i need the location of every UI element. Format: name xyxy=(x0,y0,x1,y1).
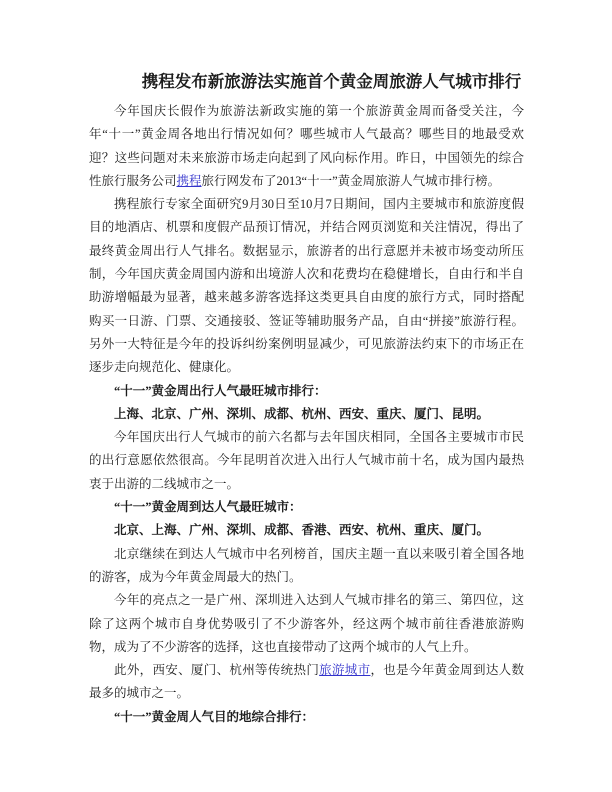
paragraph-intro-text-after-link: 旅行网发布了2013“十一”黄金周旅游人气城市排行榜。 xyxy=(202,174,501,188)
paragraph-guangzhou-shenzhen: 今年的亮点之一是广州、深圳进入达到人气城市排名的第三、第四位，这除了这两个城市自… xyxy=(89,589,524,659)
tourism-cities-link[interactable]: 旅游城市 xyxy=(319,663,370,677)
paragraph-departure-analysis: 今年国庆出行人气城市的前六名都与去年国庆相同，全国各主要城市市民的出行意愿依然很… xyxy=(89,426,524,496)
heading-comprehensive-ranking: “十一”黄金周人气目的地综合排行： xyxy=(89,706,524,729)
arrival-city-list: 北京、上海、广州、深圳、成都、香港、西安、杭州、重庆、厦门。 xyxy=(89,519,524,542)
ctrip-link[interactable]: 携程 xyxy=(177,174,202,188)
departure-city-list: 上海、北京、广州、深圳、成都、杭州、西安、重庆、厦门、昆明。 xyxy=(89,403,524,426)
document-title: 携程发布新旅游法实施首个黄金周旅游人气城市排行 xyxy=(89,70,524,94)
paragraph-traditional-cities: 此外，西安、厦门、杭州等传统热门旅游城市，也是今年黄金周到达人数最多的城市之一。 xyxy=(89,659,524,706)
paragraph-beijing-top: 北京继续在到达人气城市中名列榜首，国庆主题一直以来吸引着全国各地的游客，成为今年… xyxy=(89,543,524,590)
paragraph-traditional-text-before-link: 此外，西安、厦门、杭州等传统热门 xyxy=(114,663,319,677)
document-page: 携程发布新旅游法实施首个黄金周旅游人气城市排行 今年国庆长假作为旅游法新政实施的… xyxy=(0,0,612,792)
heading-arrival-ranking: “十一”黄金周到达人气最旺城市： xyxy=(89,496,524,519)
paragraph-research: 携程旅行专家全面研究9月30日至10月7日期间，国内主要城市和旅游度假目的地酒店… xyxy=(89,193,524,379)
heading-departure-ranking: “十一”黄金周出行人气最旺城市排行： xyxy=(89,380,524,403)
paragraph-intro: 今年国庆长假作为旅游法新政实施的第一个旅游黄金周而备受关注，今年“十一”黄金周各… xyxy=(89,100,524,193)
